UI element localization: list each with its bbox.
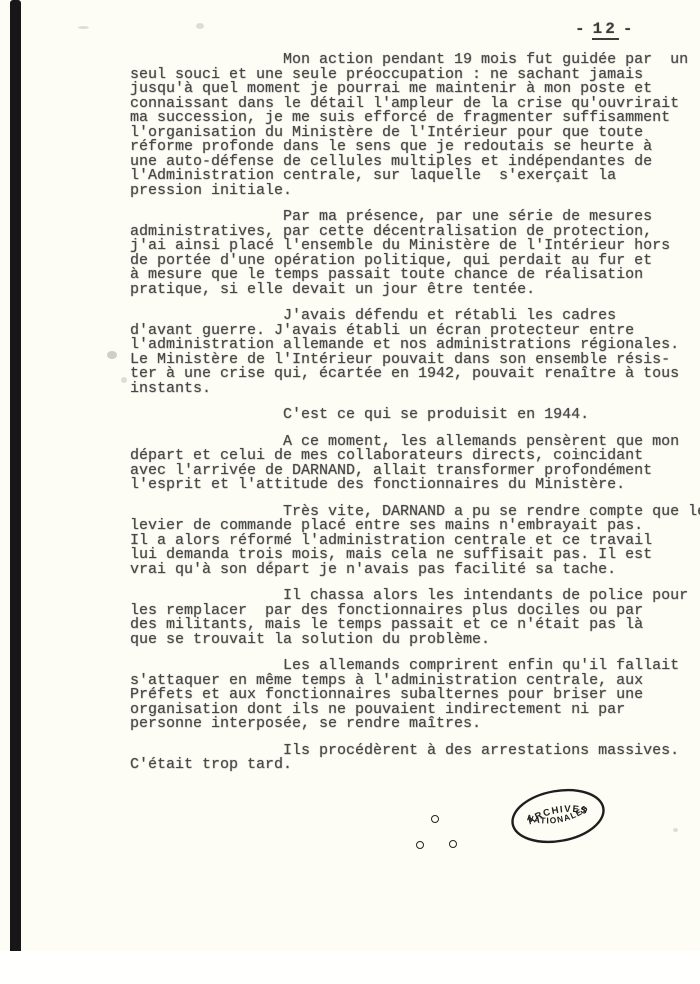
text-line: instants.: [130, 382, 696, 397]
archives-nationales-stamp: ARCHIVES NATIONALES: [500, 779, 616, 855]
page-number-value: 12: [592, 20, 619, 40]
ink-ring-mark: [431, 815, 439, 823]
document-page: -12- Mon action pendant 19 mois fut guid…: [0, 0, 700, 984]
paragraph: J'avais défendu et rétabli les cadresd'a…: [130, 309, 696, 396]
paragraph: Par ma présence, par une série de mesure…: [130, 210, 696, 297]
text-line: pression initiale.: [130, 184, 696, 199]
scan-speck: [121, 377, 127, 383]
text-line: C'est ce qui se produisit en 1944.: [130, 408, 696, 423]
page-number: -12-: [575, 20, 635, 38]
text-line: pratique, si elle devait un jour être te…: [130, 283, 696, 298]
ink-ring-mark: [416, 841, 424, 849]
paragraph: Très vite, DARNAND a pu se rendre compte…: [130, 505, 696, 578]
scan-speck: [196, 23, 204, 29]
scan-edge-artifact: [10, 0, 21, 984]
scan-speck: [150, 688, 156, 693]
scan-speck: [78, 26, 89, 29]
text-block: Mon action pendant 19 mois fut guidée pa…: [130, 53, 696, 785]
page-number-dash-left: -: [575, 20, 588, 38]
paragraph: Il chassa alors les intendants de police…: [130, 589, 696, 647]
paragraph: Mon action pendant 19 mois fut guidée pa…: [130, 53, 696, 198]
text-line: ter à une crise qui, écartée en 1942, po…: [130, 367, 696, 382]
scan-speck: [673, 828, 678, 832]
paragraph: C'est ce qui se produisit en 1944.: [130, 408, 696, 423]
text-line: C'était trop tard.: [130, 758, 696, 773]
paragraph: A ce moment, les allemands pensèrent que…: [130, 435, 696, 493]
page-number-dash-right: -: [623, 20, 636, 38]
scan-speck: [577, 452, 582, 456]
paragraph: Les allemands comprirent enfin qu'il fal…: [130, 659, 696, 732]
text-line: personne interposée, se rendre maîtres.: [130, 717, 696, 732]
paragraph: Ils procédèrent à des arrestations massi…: [130, 744, 696, 773]
stamp-oval-icon: ARCHIVES NATIONALES: [500, 779, 616, 855]
scan-bottom-edge: [0, 951, 700, 984]
text-line: que se trouvait la solution du problème.: [130, 633, 696, 648]
ink-ring-mark: [449, 840, 457, 848]
text-line: vrai qu'à son départ je n'avais pas faci…: [130, 563, 696, 578]
scan-speck: [107, 351, 117, 359]
scan-speck: [268, 560, 273, 564]
text-line: l'esprit et l'attitude des fonctionnaire…: [130, 478, 696, 493]
